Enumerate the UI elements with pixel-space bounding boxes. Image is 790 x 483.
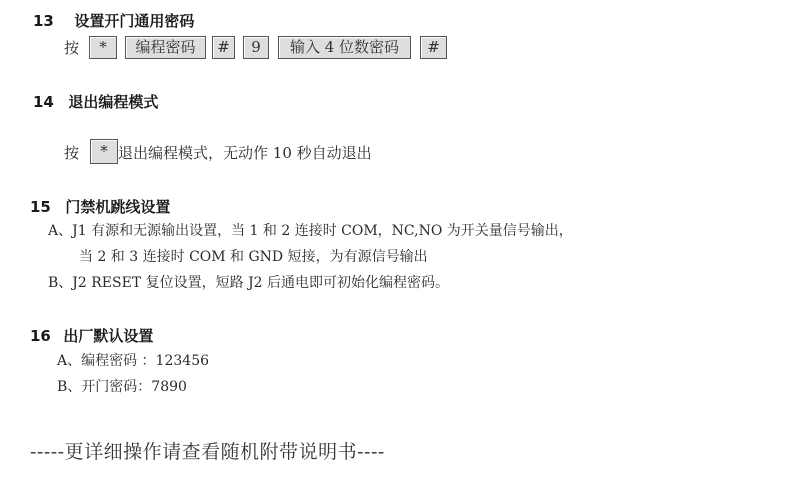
key-star: * [89,36,117,59]
section-number: 16 [30,327,51,345]
default-program-password: A、编程密码 ：123456 [57,350,209,370]
press-label: 按 [64,37,79,58]
key-star: * [90,139,118,164]
section-number: 14 [33,93,54,111]
section-number: 15 [30,198,51,216]
key-program-password: 编程密码 [125,36,206,59]
footer-note: -----更详细操作请查看随机附带说明书---- [30,437,385,464]
section-title: 出厂默认设置 [63,327,153,345]
section-title: 门禁机跳线设置 [65,198,170,216]
jumper-line-b: B、J2 RESET 复位设置，短路 J2 后通电即可初始化编程密码。 [48,272,449,292]
section-14-heading: 14 退出编程模式 [33,91,158,112]
section-title: 设置开门通用密码 [74,12,194,30]
section-number: 13 [33,12,54,30]
section-16-heading: 16 出厂默认设置 [30,325,153,346]
section-title: 退出编程模式 [68,93,158,111]
jumper-line-a-cont: 当 2 和 3 连接时 COM 和 GND 短接，为有源信号输出 [79,246,428,266]
key-enter-4-digit-password: 输入 4 位数密码 [278,36,411,59]
key-hash: # [212,36,235,59]
press-label: 按 [64,142,79,163]
section-15-heading: 15 门禁机跳线设置 [30,196,170,217]
section-13-heading: 13 设置开门通用密码 [33,10,194,31]
key-hash-end: # [420,36,447,59]
exit-description: 退出编程模式，无动作 10 秒自动退出 [118,142,372,163]
jumper-line-a: A、J1 有源和无源输出设置，当 1 和 2 连接时 COM，NC,NO 为开关… [48,220,573,240]
key-nine: 9 [243,36,269,59]
default-door-password: B、开门密码：7890 [57,376,187,396]
